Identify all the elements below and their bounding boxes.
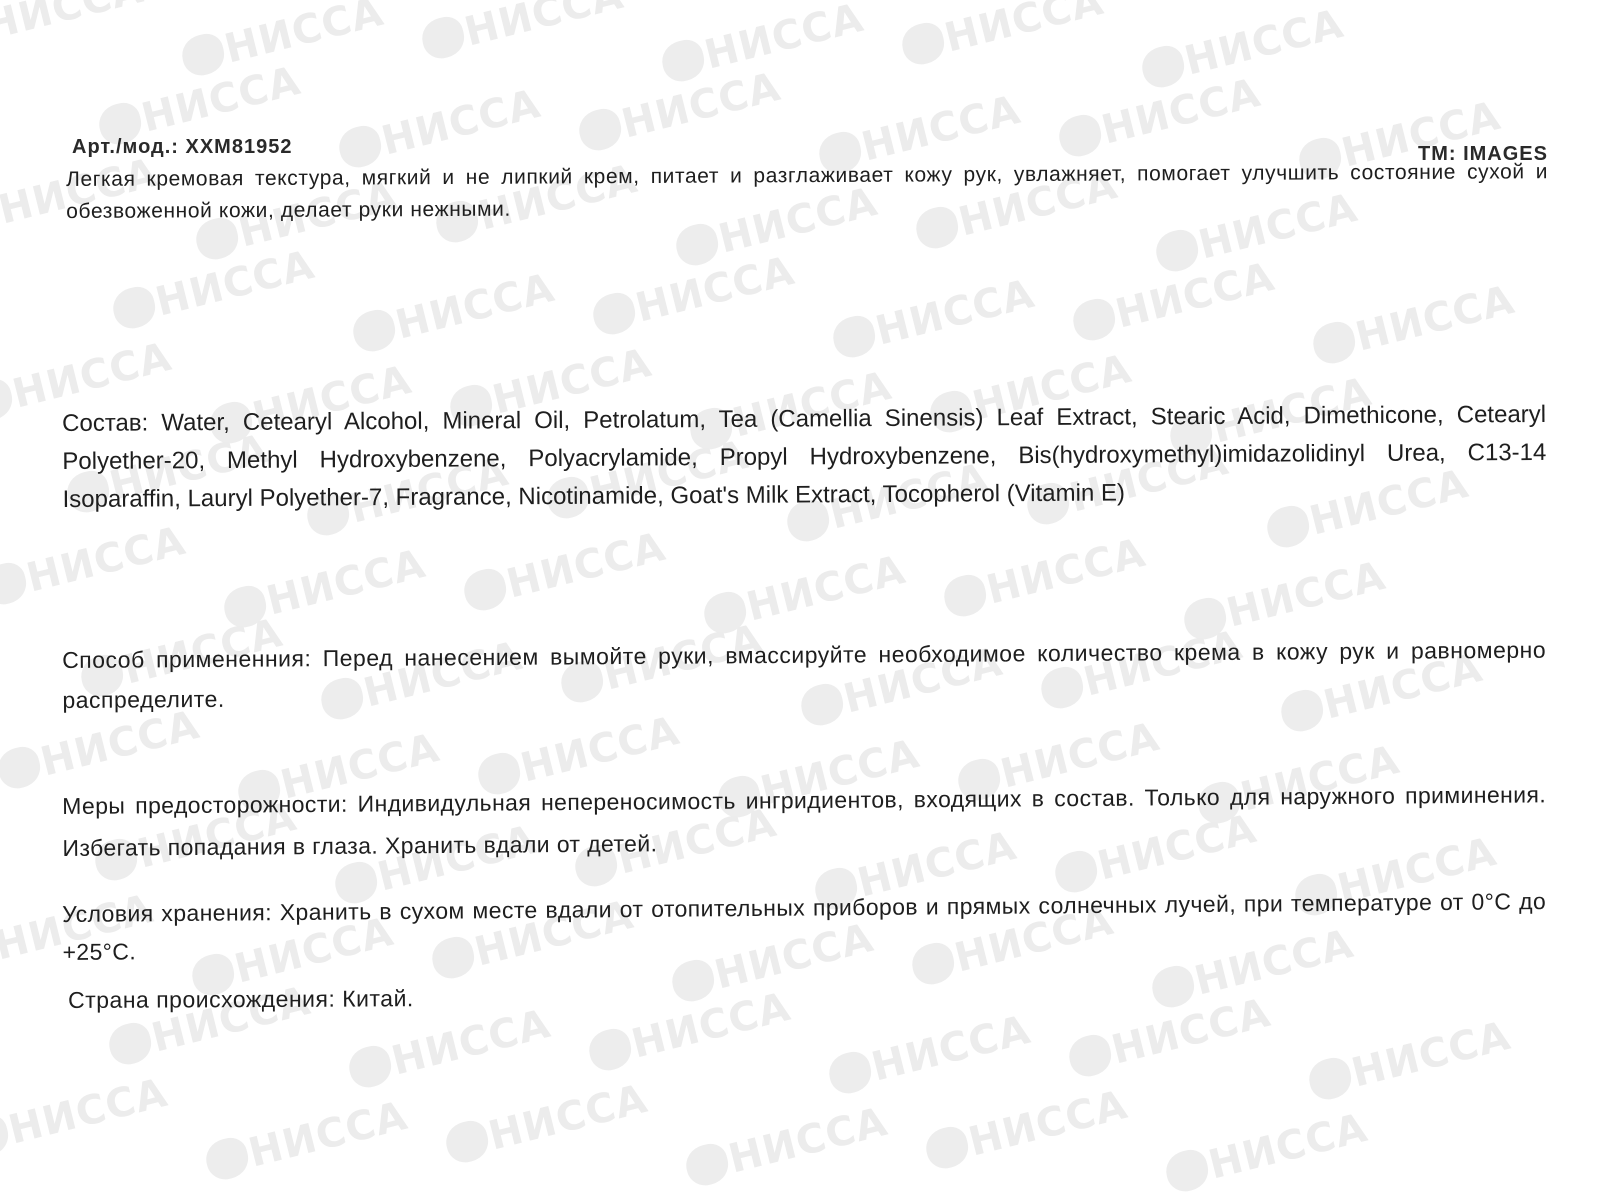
caution-section: Меры предосторожности: Индивидульная неп… — [62, 773, 1547, 869]
storage-text: Хранить в сухом месте вдали от отопитель… — [62, 888, 1546, 965]
usage-label: Способ примененния: — [62, 645, 323, 673]
storage-label: Условия хранения: — [62, 899, 280, 927]
origin-section: Страна происхождения: Китай. — [68, 985, 414, 1014]
composition-text: Water, Cetearyl Alcohol, Mineral Oil, Pe… — [62, 401, 1546, 513]
caution-label: Меры предосторожности: — [62, 791, 358, 819]
composition-section: Состав: Water, Cetearyl Alcohol, Mineral… — [62, 396, 1547, 519]
product-description: Легкая кремовая текстура, мягкий и не ли… — [66, 156, 1548, 228]
origin-text: Китай. — [342, 985, 414, 1011]
product-label: Арт./мод.: XXM81952 TM: IMAGES Легкая кр… — [0, 0, 1600, 1200]
storage-section: Условия хранения: Хранить в сухом месте … — [62, 882, 1547, 971]
article-number: Арт./мод.: XXM81952 — [72, 136, 292, 159]
origin-label: Страна происхождения: — [68, 986, 342, 1013]
usage-section: Способ примененния: Перед нанесением вым… — [62, 630, 1547, 720]
composition-label: Состав: — [62, 409, 161, 437]
